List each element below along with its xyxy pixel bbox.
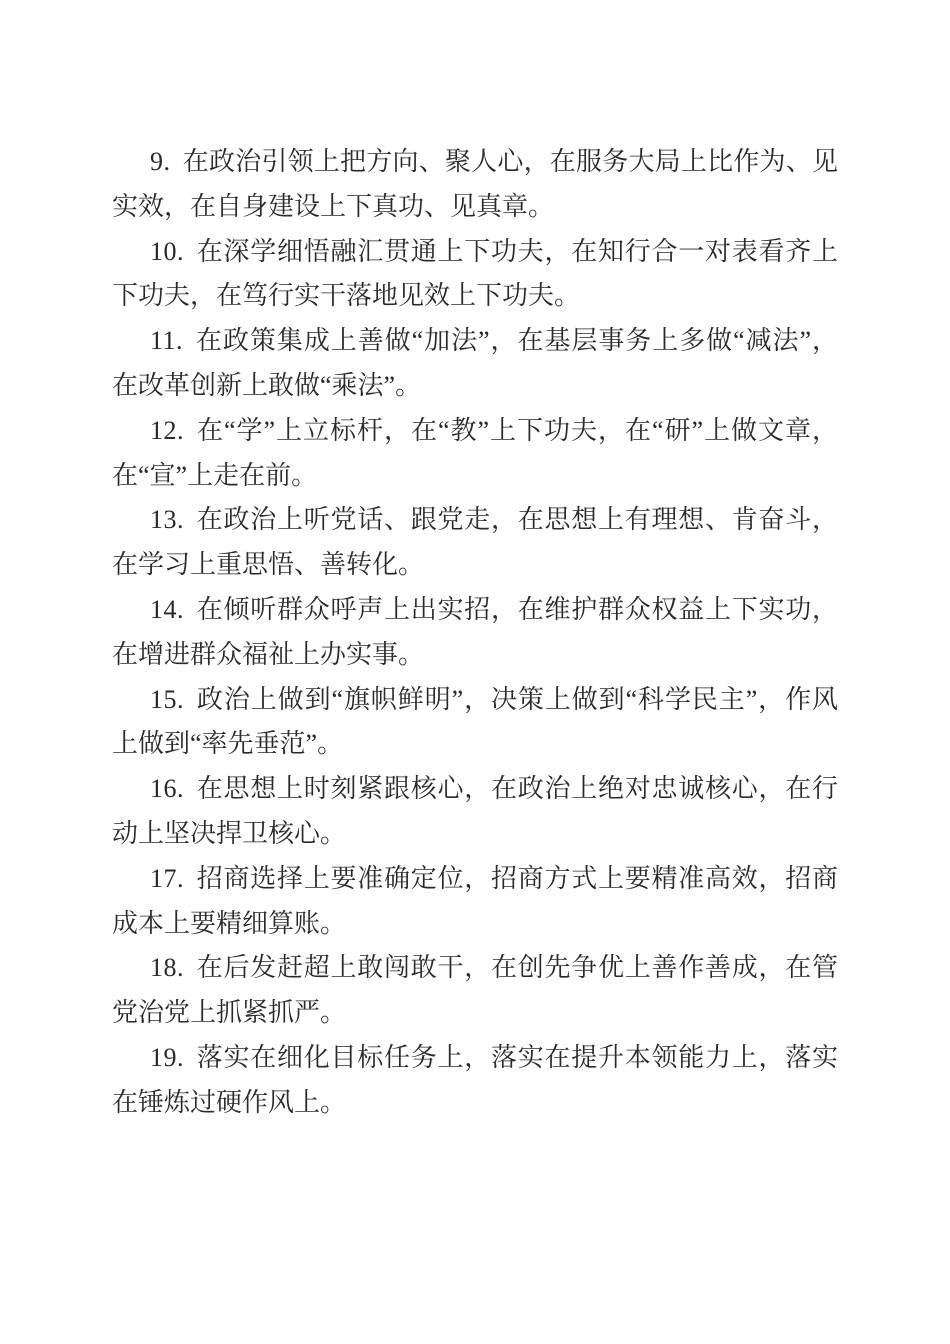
item-text: 在“学”上立标杆，在“教”上下功夫，在“研”上做文章，在“宣”上走在前。 bbox=[112, 416, 838, 490]
list-item: 16.在思想上时刻紧跟核心，在政治上绝对忠诚核心，在行动上坚决捍卫核心。 bbox=[112, 767, 838, 857]
item-number: 9. bbox=[150, 147, 171, 176]
item-text: 在后发赶超上敢闯敢干，在创先争优上善作善成，在管党治党上抓紧抓严。 bbox=[112, 953, 838, 1027]
document-page: 9.在政治引领上把方向、聚人心，在服务大局上比作为、见实效，在自身建设上下真功、… bbox=[0, 0, 950, 1344]
list-item: 19.落实在细化目标任务上，落实在提升本领能力上，落实在锤炼过硬作风上。 bbox=[112, 1036, 838, 1126]
item-number: 12. bbox=[150, 416, 184, 445]
item-number: 15. bbox=[150, 685, 184, 714]
item-number: 11. bbox=[150, 326, 183, 355]
item-text: 在政治引领上把方向、聚人心，在服务大局上比作为、见实效，在自身建设上下真功、见真… bbox=[112, 147, 838, 221]
item-text: 招商选择上要准确定位，招商方式上要精准高效，招商成本上要精细算账。 bbox=[112, 864, 838, 938]
list-item: 13.在政治上听党话、跟党走，在思想上有理想、肯奋斗，在学习上重思悟、善转化。 bbox=[112, 498, 838, 588]
list-item: 14.在倾听群众呼声上出实招，在维护群众权益上下实功，在增进群众福祉上办实事。 bbox=[112, 588, 838, 678]
list-item: 10.在深学细悟融汇贯通上下功夫，在知行合一对表看齐上下功夫，在笃行实干落地见效… bbox=[112, 230, 838, 320]
item-text: 在倾听群众呼声上出实招，在维护群众权益上下实功，在增进群众福祉上办实事。 bbox=[112, 595, 838, 669]
item-number: 13. bbox=[150, 505, 184, 534]
item-number: 14. bbox=[150, 595, 184, 624]
item-text: 落实在细化目标任务上，落实在提升本领能力上，落实在锤炼过硬作风上。 bbox=[112, 1043, 838, 1117]
list-item: 11.在政策集成上善做“加法”，在基层事务上多做“减法”，在改革创新上敢做“乘法… bbox=[112, 319, 838, 409]
list-item: 9.在政治引领上把方向、聚人心，在服务大局上比作为、见实效，在自身建设上下真功、… bbox=[112, 140, 838, 230]
list-item: 15.政治上做到“旗帜鲜明”，决策上做到“科学民主”，作风上做到“率先垂范”。 bbox=[112, 678, 838, 768]
item-text: 在政策集成上善做“加法”，在基层事务上多做“减法”，在改革创新上敢做“乘法”。 bbox=[112, 326, 838, 400]
document-content: 9.在政治引领上把方向、聚人心，在服务大局上比作为、见实效，在自身建设上下真功、… bbox=[112, 140, 838, 1126]
list-item: 18.在后发赶超上敢闯敢干，在创先争优上善作善成，在管党治党上抓紧抓严。 bbox=[112, 946, 838, 1036]
item-number: 17. bbox=[150, 864, 184, 893]
item-text: 在深学细悟融汇贯通上下功夫，在知行合一对表看齐上下功夫，在笃行实干落地见效上下功… bbox=[112, 237, 838, 311]
item-number: 10. bbox=[150, 237, 184, 266]
item-number: 16. bbox=[150, 774, 184, 803]
list-item: 17.招商选择上要准确定位，招商方式上要精准高效，招商成本上要精细算账。 bbox=[112, 857, 838, 947]
item-text: 在政治上听党话、跟党走，在思想上有理想、肯奋斗，在学习上重思悟、善转化。 bbox=[112, 505, 838, 579]
item-text: 政治上做到“旗帜鲜明”，决策上做到“科学民主”，作风上做到“率先垂范”。 bbox=[112, 685, 838, 759]
item-number: 18. bbox=[150, 953, 184, 982]
item-text: 在思想上时刻紧跟核心，在政治上绝对忠诚核心，在行动上坚决捍卫核心。 bbox=[112, 774, 838, 848]
list-item: 12.在“学”上立标杆，在“教”上下功夫，在“研”上做文章，在“宣”上走在前。 bbox=[112, 409, 838, 499]
item-number: 19. bbox=[150, 1043, 184, 1072]
